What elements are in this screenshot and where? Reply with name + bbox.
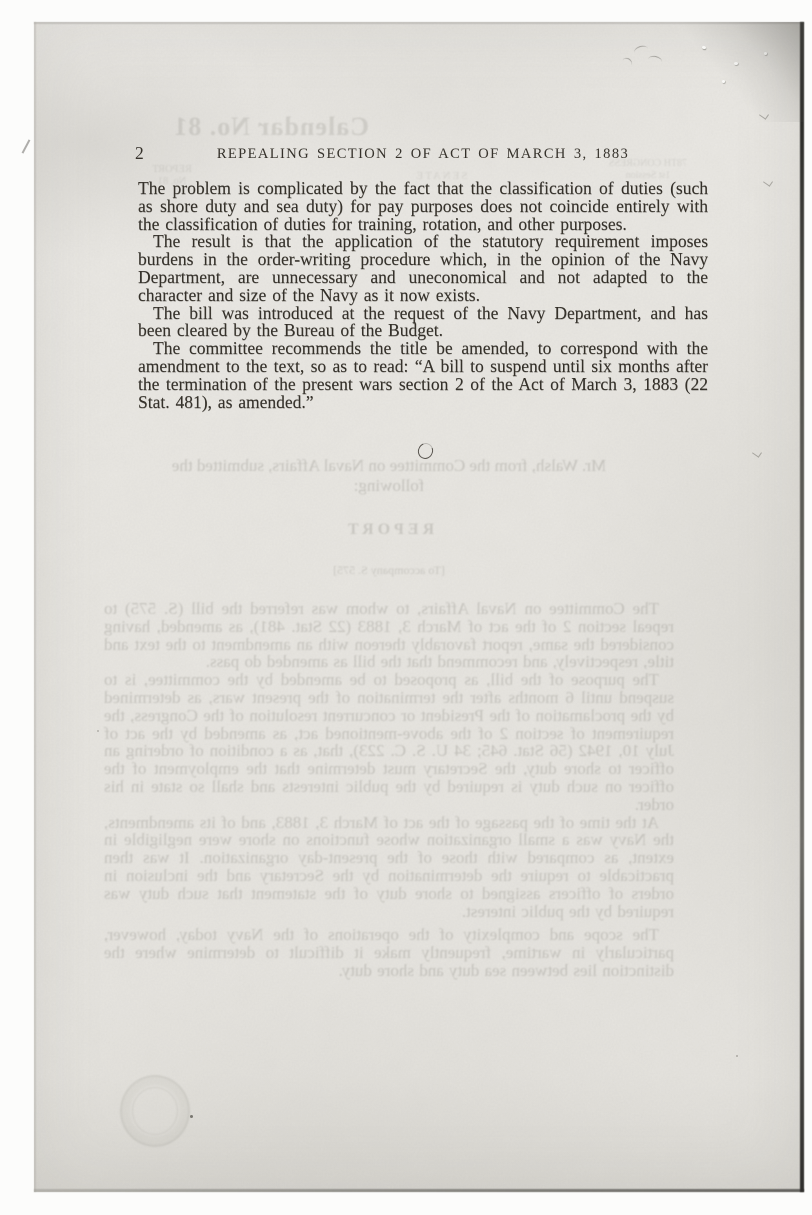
page-corner-fold-shadow <box>674 22 804 122</box>
paragraph: The problem is complicated by the fact t… <box>138 180 708 233</box>
page-edge-left <box>34 22 36 1192</box>
bleedthrough-submission-block: Mr. Walsh, from the Committee on Naval A… <box>104 456 674 496</box>
page-edge-shadow-right <box>800 22 804 1192</box>
paper-dent <box>722 80 725 83</box>
bleedthrough-paragraph: The Committee on Naval Affairs, to whom … <box>104 600 674 671</box>
pencil-slash-mark <box>22 139 31 153</box>
embossed-stamp-icon <box>120 1075 190 1147</box>
bleedthrough-paragraph: At the time of the passage of the act of… <box>104 814 674 921</box>
paper-sheet: Calendar No. 81 REPORT No. 81 SENATE 78T… <box>34 22 804 1192</box>
paragraph: The result is that the application of th… <box>138 233 708 304</box>
end-ornament-circle-icon <box>415 441 435 462</box>
paragraph: The committee recommends the title be am… <box>138 340 708 411</box>
ink-speck <box>736 1055 738 1057</box>
bleedthrough-calendar-number: Calendar No. 81 <box>134 112 369 142</box>
running-header: 2 REPEALING SECTION 2 OF ACT OF MARCH 3,… <box>138 142 708 166</box>
ink-speck <box>190 1115 193 1118</box>
ink-speck <box>97 730 99 732</box>
body-text: The problem is complicated by the fact t… <box>138 180 708 411</box>
bleedthrough-report-heading: REPORT <box>104 521 674 539</box>
scanned-document-page: Calendar No. 81 REPORT No. 81 SENATE 78T… <box>0 0 812 1215</box>
bleedthrough-body-text: The Committee on Naval Affairs, to whom … <box>104 600 674 980</box>
bleedthrough-paragraph: The purpose of the bill, as proposed to … <box>104 671 674 813</box>
pencil-check-mark <box>752 448 762 458</box>
paper-dent <box>734 62 738 65</box>
paragraph: The bill was introduced at the request o… <box>138 305 708 341</box>
pencil-scribble <box>620 56 633 69</box>
running-header-title: REPEALING SECTION 2 OF ACT OF MARCH 3, 1… <box>138 146 708 163</box>
pencil-check-mark <box>759 110 769 120</box>
page-edge-top <box>34 22 804 24</box>
paper-dent <box>702 45 707 49</box>
bleedthrough-accompany-line: [To accompany S. 575] <box>104 563 674 578</box>
page-edge-shadow-bottom <box>34 1189 804 1192</box>
pencil-scribble <box>647 55 663 67</box>
pencil-check-mark <box>763 177 773 187</box>
bleedthrough-submission-line1: Mr. Walsh, from the Committee on Naval A… <box>104 456 674 476</box>
pencil-scribble <box>633 44 649 57</box>
paper-dent <box>764 52 767 55</box>
bleedthrough-submission-line2: following: <box>104 476 674 496</box>
bleedthrough-paragraph: The scope and complexity of the operatio… <box>104 926 674 979</box>
